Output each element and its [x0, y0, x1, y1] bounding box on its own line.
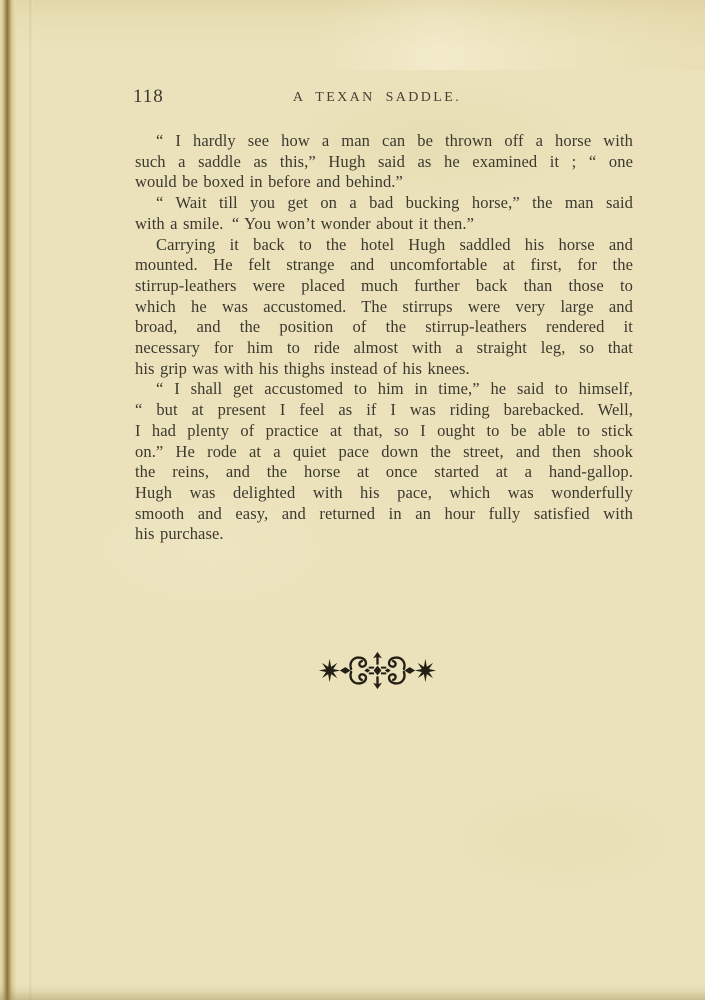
- text-line: the reins, and the horse at once started…: [135, 462, 633, 483]
- page-binding-edge: [0, 0, 16, 1000]
- page-header: 118 A TEXAN SADDLE.: [135, 86, 633, 107]
- text-line: his purchase.: [135, 524, 633, 545]
- text-line: his grip was with his thighs instead of …: [135, 359, 633, 380]
- text-block: 118 A TEXAN SADDLE. “ I hardly see how a…: [135, 86, 633, 545]
- text-line: which he was accustomed. The stirrups we…: [135, 297, 633, 318]
- text-line: broad, and the position of the stirrup-l…: [135, 317, 633, 338]
- text-line: with a smile. “ You won’t wonder about i…: [135, 214, 633, 235]
- text-line: Hugh was delighted with his pace, which …: [135, 483, 633, 504]
- paragraph: “ I shall get accustomed to him in time,…: [135, 379, 633, 545]
- paragraph: Carrying it back to the hotel Hugh saddl…: [135, 235, 633, 380]
- text-line: I had plenty of practice at that, so I o…: [135, 421, 633, 442]
- text-line: on.” He rode at a quiet pace down the st…: [135, 442, 633, 463]
- page-crease: [28, 0, 33, 1000]
- text-line: stirrup-leathers were placed much furthe…: [135, 276, 633, 297]
- running-title: A TEXAN SADDLE.: [135, 89, 619, 106]
- text-line: mounted. He felt strange and uncomfortab…: [135, 255, 633, 276]
- text-line: necessary for him to ride almost with a …: [135, 338, 633, 359]
- text-line: such a saddle as this,” Hugh said as he …: [135, 152, 633, 173]
- book-page: 118 A TEXAN SADDLE. “ I hardly see how a…: [0, 0, 705, 1000]
- scan-light-band: [0, 0, 705, 70]
- text-line: Carrying it back to the hotel Hugh saddl…: [135, 235, 633, 256]
- text-line: “ I shall get accustomed to him in time,…: [135, 379, 633, 400]
- body-text: “ I hardly see how a man can be thrown o…: [135, 131, 633, 545]
- page-bottom-edge: [0, 984, 705, 1000]
- text-line: “ I hardly see how a man can be thrown o…: [135, 131, 633, 152]
- text-line: “ but at present I feel as if I was ridi…: [135, 400, 633, 421]
- paragraph: “ Wait till you get on a bad bucking hor…: [135, 193, 633, 234]
- text-line: “ Wait till you get on a bad bucking hor…: [135, 193, 633, 214]
- paragraph: “ I hardly see how a man can be thrown o…: [135, 131, 633, 193]
- fleuron-ornament-icon: [318, 649, 437, 692]
- text-line: would be boxed in before and behind.”: [135, 172, 633, 193]
- text-line: smooth and easy, and returned in an hour…: [135, 504, 633, 525]
